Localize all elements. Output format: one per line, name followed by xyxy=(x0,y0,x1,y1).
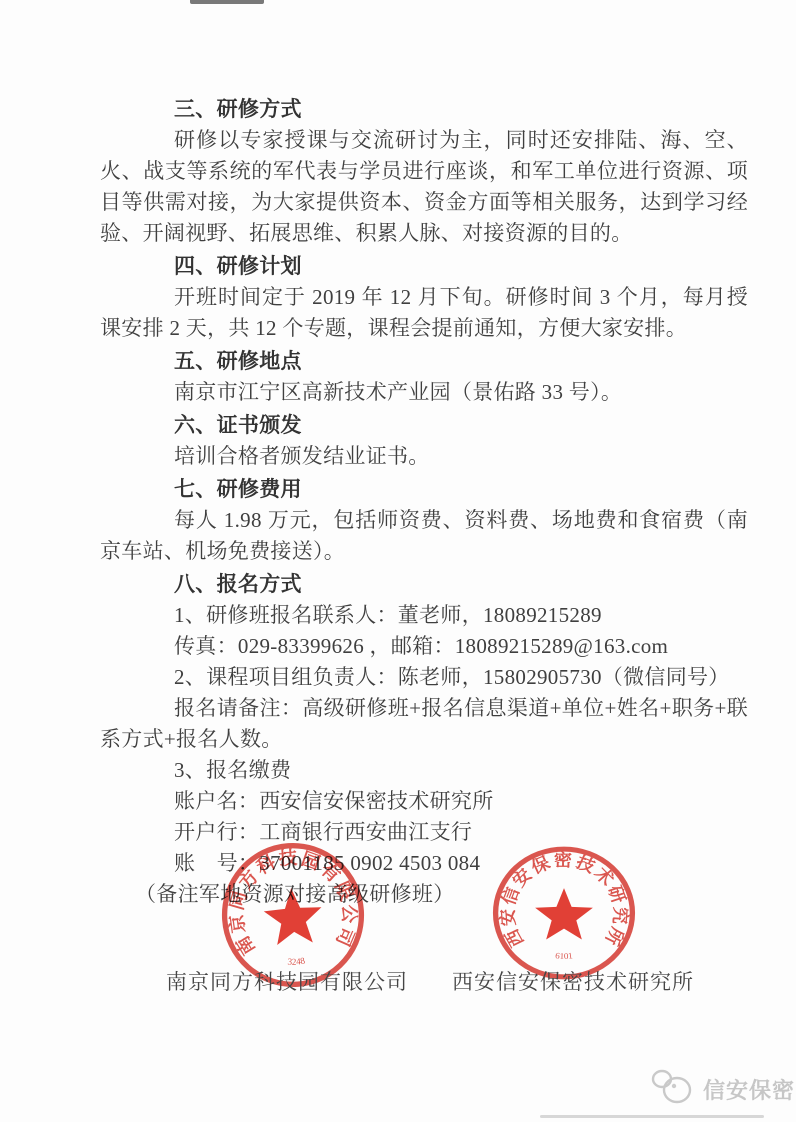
bank-line: 开户行：工商银行西安曲江支行 xyxy=(100,817,748,848)
section-heading-6: 六、证书颁发 xyxy=(100,410,748,441)
paragraph: 培训合格者颁发结业证书。 xyxy=(100,441,748,472)
signature-org-left: 南京同方科技园有限公司 xyxy=(166,966,408,996)
fax-email-line: 传真：029-83399626 ，邮箱：18089215289@163.com xyxy=(100,631,748,662)
account-name-line: 账户名：西安信安保密技术研究所 xyxy=(100,786,748,817)
account-number-line: 账 号：37001185 0902 4503 084 xyxy=(100,848,748,879)
paragraph: 每人 1.98 万元，包括师资费、资料费、场地费和食宿费（南京车站、机场免费接送… xyxy=(100,505,748,567)
svg-text:6101: 6101 xyxy=(555,951,574,961)
section-heading-7: 七、研修费用 xyxy=(100,474,748,505)
section-heading-4: 四、研修计划 xyxy=(100,251,748,282)
paragraph: 南京市江宁区高新技术产业园（景佑路 33 号）。 xyxy=(100,377,748,408)
section-heading-8: 八、报名方式 xyxy=(100,569,748,600)
scan-artifact-top xyxy=(190,0,264,4)
star-icon xyxy=(262,886,324,946)
star-icon xyxy=(535,888,593,939)
scan-artifact-bottom xyxy=(540,1115,764,1118)
company-seal-right: 西安信安保密技术研究所 6101 xyxy=(488,842,640,984)
document-page: 三、研修方式 研修以专家授课与交流研讨为主，同时还安排陆、海、空、火、战支等系统… xyxy=(0,0,796,1122)
document-body: 三、研修方式 研修以专家授课与交流研讨为主，同时还安排陆、海、空、火、战支等系统… xyxy=(100,94,748,910)
seal-code-text: 6101 xyxy=(555,951,574,961)
contact-line: 1、研修班报名联系人：董老师，18089215289 xyxy=(100,600,748,631)
section-heading-3: 三、研修方式 xyxy=(100,94,748,125)
paragraph: 研修以专家授课与交流研讨为主，同时还安排陆、海、空、火、战支等系统的军代表与学员… xyxy=(100,125,748,249)
xinan-baomi-logo-icon xyxy=(650,1068,696,1111)
section-heading-5: 五、研修地点 xyxy=(100,346,748,377)
payment-heading-line: 3、报名缴费 xyxy=(100,755,748,786)
remark-line: （备注军地资源对接高级研修班） xyxy=(100,879,748,910)
paragraph: 开班时间定于 2019 年 12 月下旬。研修时间 3 个月，每月授课安排 2 … xyxy=(100,282,748,344)
watermark: 信安保密 xyxy=(650,1068,795,1111)
signup-note-line: 报名请备注：高级研修班+报名信息渠道+单位+姓名+职务+联系方式+报名人数。 xyxy=(100,693,748,755)
signature-org-right: 西安信安保密技术研究所 xyxy=(452,966,694,996)
watermark-text: 信安保密 xyxy=(703,1074,795,1105)
contact-line: 2、课程项目组负责人：陈老师，15802905730（微信同号） xyxy=(100,662,748,693)
